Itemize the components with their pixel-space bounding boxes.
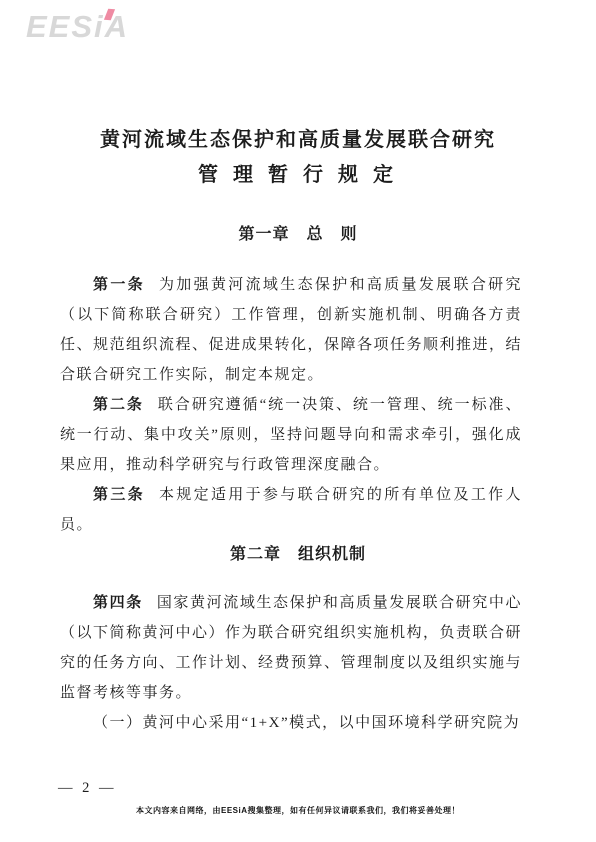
article-4-paragraph: 第四条国家黄河流域生态保护和高质量发展联合研究中心（以下简称黄河中心）作为联合研…: [60, 588, 522, 708]
article-4-item-1-paragraph: （一）黄河中心采用“1+X”模式，以中国环境科学研究院为: [60, 708, 522, 738]
document-page: EESiA 黄河流域生态保护和高质量发展联合研究 管 理 暂 行 规 定 第一章…: [0, 0, 596, 842]
chapter-2-body: 第四条国家黄河流域生态保护和高质量发展联合研究中心（以下简称黄河中心）作为联合研…: [60, 588, 522, 738]
footer-note: 本文内容来自网络，由EESiA搜集整理，如有任何异议请联系我们，我们将妥善处理！: [0, 804, 596, 818]
chapter-2-heading: 第二章 组织机制: [0, 544, 596, 566]
article-2-label: 第二条: [93, 397, 144, 413]
eesia-logo: EESiA: [26, 9, 129, 45]
chapter-1-heading: 第一章 总 则: [0, 224, 596, 246]
article-1-paragraph: 第一条为加强黄河流域生态保护和高质量发展联合研究（以下简称联合研究）工作管理，创…: [60, 270, 522, 390]
article-1-label: 第一条: [93, 277, 145, 293]
article-3-paragraph: 第三条本规定适用于参与联合研究的所有单位及工作人员。: [60, 480, 522, 540]
article-4-item-1-text: （一）黄河中心采用“1+X”模式，以中国环境科学研究院为: [93, 715, 520, 731]
chapter-1-body: 第一条为加强黄河流域生态保护和高质量发展联合研究（以下简称联合研究）工作管理，创…: [60, 270, 522, 540]
document-title-line2: 管 理 暂 行 规 定: [0, 162, 596, 188]
article-2-paragraph: 第二条联合研究遵循“统一决策、统一管理、统一标准、统一行动、集中攻关”原则，坚持…: [60, 390, 522, 480]
page-number: — 2 —: [58, 779, 117, 797]
article-3-label: 第三条: [93, 487, 145, 503]
document-title-line1: 黄河流域生态保护和高质量发展联合研究: [0, 127, 596, 153]
article-4-label: 第四条: [93, 595, 143, 611]
